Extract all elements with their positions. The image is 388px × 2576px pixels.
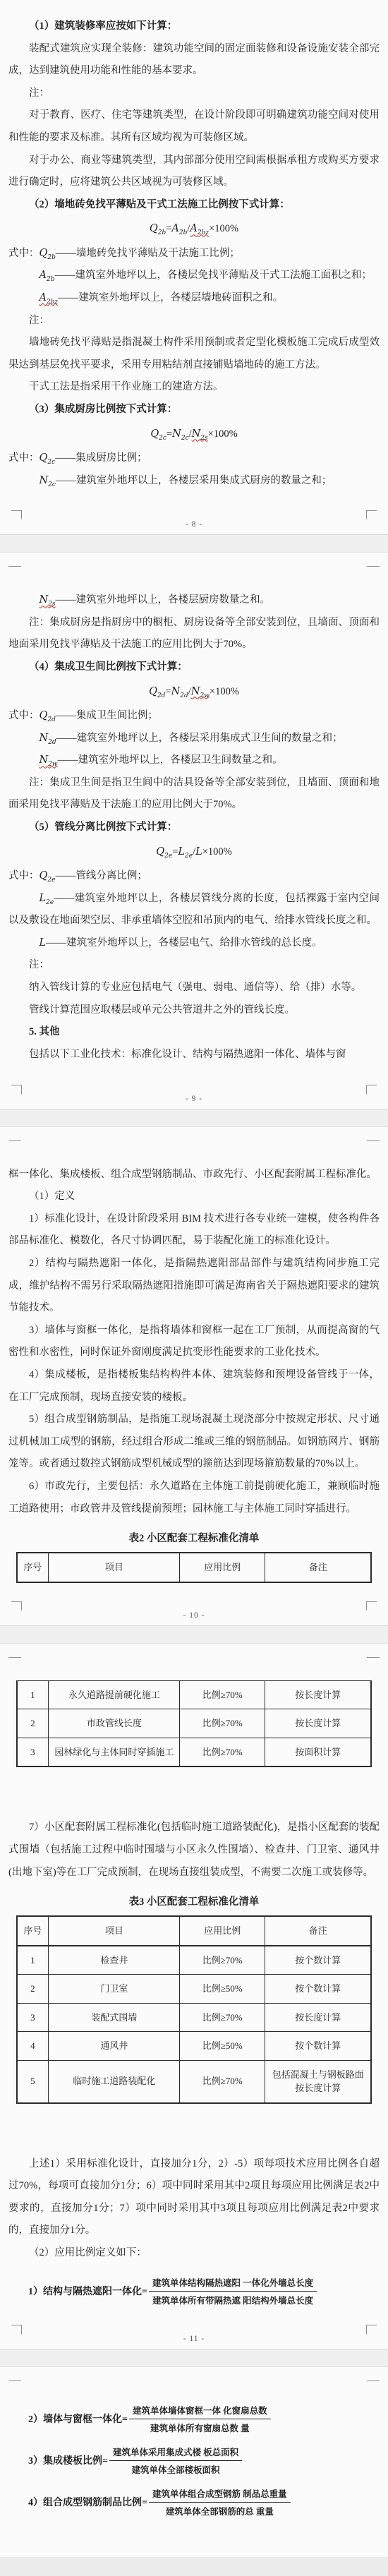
formula-variable: Q2b — [40, 248, 56, 259]
fraction-denominator: 建筑单体全部楼板面积 — [109, 2461, 242, 2476]
variable-letter: Q — [40, 710, 48, 721]
paragraph: 包括以下工业化技术：标准化设计、结构与隔热遮阳一体化、墙体与窗 — [8, 1044, 380, 1066]
page-break: - 10 - — [8, 1604, 380, 1656]
corner-mark — [366, 1085, 377, 1094]
text-run: 对于教育、医疗、住宅等建筑类型，在设计阶段即可明确建筑功能空间对使用和性能的要求… — [8, 109, 380, 143]
table-cell: 2 — [17, 1709, 49, 1738]
paragraph: （2）应用比例定义如下： — [8, 2242, 380, 2265]
fraction: 建筑单体采用集成式楼 板总面积建筑单体全部楼板面积 — [109, 2445, 242, 2476]
table-head: 序号项目应用比例备注 — [17, 1553, 372, 1582]
section-heading: （2）墙地砖免找平薄贴及干式工法施工比例按下式计算： — [8, 194, 380, 217]
paragraph: N2c——建筑室外地坪以上，各楼层采用集成式厨房的数量之和； — [8, 470, 380, 493]
table-cell: 包括混凝土与钢板路面 按长度计算 — [265, 2060, 372, 2103]
text-run: = — [165, 686, 171, 697]
table-cell: 3 — [17, 2003, 49, 2032]
table-row: 4通风井比例≥50%按个数计算 — [17, 2032, 372, 2061]
paragraph: 3）墙体与窗框一体化，是指将墙体和窗框一起在工厂预制，从而提高窗的气密性和水密性… — [8, 1320, 380, 1364]
formula: Q2e=L2e/L×100% — [8, 841, 380, 864]
text-run: 注： — [29, 959, 49, 970]
variable-subscript: 2c — [47, 459, 55, 466]
variable-subscript: 2d — [180, 692, 188, 699]
fraction-denominator: 建筑单体所有带隔热遮 阳结构外墙总长度 — [149, 2292, 317, 2306]
variable-letter: N — [40, 475, 49, 486]
text-run: 式中： — [8, 452, 40, 464]
table-header-cell: 备注 — [265, 1553, 372, 1582]
text-run: ——建筑室外地坪以上，各楼层墙地砖面积之和。 — [58, 292, 283, 303]
text-run: 6）市政先行，主要包括：永久道路在主体施工前提前硬化施工，兼顾临时施工道路使用；… — [8, 1481, 380, 1515]
table-cell: 市政管线长度 — [49, 1709, 180, 1738]
ratio-label: 3）集成楼板比例= — [28, 2453, 108, 2467]
text-run: ×100% — [210, 686, 239, 697]
table-header-cell: 备注 — [265, 1916, 372, 1946]
text-run: 包括以下工业化技术：标准化设计、结构与隔热遮阳一体化、墙体与窗 — [29, 1049, 346, 1060]
document-page: （1）建筑装修率应按如下计算：装配式建筑应实现全装修：建筑功能空间的固定面装修和… — [0, 0, 388, 2557]
variable-letter: N — [191, 686, 200, 697]
fraction-denominator: 建筑单体全部钢筋的总 重量 — [149, 2503, 291, 2517]
table-cell: 按个数计算 — [265, 1975, 372, 2004]
text-run: ×100% — [209, 223, 238, 234]
text-run: ——集成厨房比例； — [55, 452, 147, 464]
edge-mark — [367, 566, 380, 567]
table-cell: 按长度计算 — [265, 2003, 372, 2032]
formula-variable: L2e — [40, 893, 54, 904]
table-row: 2市政管线长度比例≥70%按长度计算 — [17, 1709, 372, 1738]
variable-subscript: 2b — [47, 254, 55, 261]
text-run: 4）集成楼板，是指楼板集结构构件本体、建筑装修和预埋设备管线于一体，在工厂完成预… — [8, 1369, 380, 1403]
variable-letter: L — [40, 893, 47, 904]
text-run: （1）定义 — [29, 1191, 75, 1202]
text-run: 5）组合成型钢筋制品，是指施工现场混凝土现浇部分中按规定形状、尺寸通过机械加工成… — [8, 1414, 380, 1469]
text-run: ——集成卫生间比例； — [56, 710, 158, 721]
formula-variable: Q2e — [40, 870, 56, 881]
table-cell: 比例≥50% — [180, 1975, 265, 2004]
table-cell: 按长度计算 — [265, 1680, 372, 1709]
text-run: ——建筑室外地坪以上，各楼层厨房数量之和。 — [56, 594, 271, 606]
variable-letter: A — [40, 270, 47, 281]
corner-mark — [11, 510, 22, 519]
table-cell: 园林绿化与主体同时穿插施工 — [49, 1738, 180, 1767]
variable-subscript: 2s — [48, 601, 55, 608]
table-cell: 比例≥70% — [180, 2003, 265, 2032]
text-run: 注： — [29, 315, 49, 326]
fraction-numerator: 建筑单体组合成型钢筋 制品总重量 — [149, 2487, 291, 2503]
fraction-numerator: 建筑单体结构隔热遮阳 一体化外墙总长度 — [149, 2276, 317, 2292]
formula-variable: Q2d — [149, 686, 165, 697]
paragraph: 框一体化、集成楼板、组合成型钢筋制品、市政先行、小区配套附属工程标准化。 — [8, 1164, 380, 1186]
corner-mark — [11, 1085, 22, 1094]
section-heading: （3）集成厨房比例按下式计算： — [8, 399, 380, 421]
table-row: 3园林绿化与主体同时穿插施工比例≥70%按面积计算 — [17, 1738, 372, 1767]
formula-variable: A2b — [40, 270, 55, 281]
ratio-definition: 3）集成楼板比例=建筑单体采用集成式楼 板总面积建筑单体全部楼板面积 — [28, 2445, 380, 2476]
table-row: 1检查井比例≥70%按个数计算 — [17, 1946, 372, 1975]
variable-subscript: 2b — [158, 229, 166, 236]
table-cell: 装配式围墙 — [49, 2003, 180, 2032]
paragraph: L2e——建筑室外地坪以上，各楼层管线分离的长度，包括裸露于室内空间以及敷设在地… — [8, 888, 380, 932]
text-run: 注： — [29, 88, 49, 99]
table-cell: 1 — [17, 1680, 49, 1709]
formula-variable: N2d — [40, 733, 56, 744]
text-run: 干式工法是指采用干作业施工的建造方法。 — [29, 381, 224, 392]
variable-subscript: 2bz — [47, 299, 58, 306]
paragraph: 对于办公、商业等建筑类型，其内部部分使用空间需根据承租方或购买方要求进行确定时，… — [8, 150, 380, 194]
standardization-table: 序号项目应用比例备注 — [16, 1552, 372, 1583]
page-number: - 10 - — [8, 1604, 380, 1625]
table-cell: 比例≥70% — [180, 2060, 265, 2103]
text-run: 注：集成厨房是指厨房中的橱柜、厨房设备等全部安装到位，且墙面、顶面和地面采用免找… — [8, 617, 380, 651]
edge-mark — [8, 2381, 21, 2381]
text-run: = — [166, 428, 172, 440]
standardization-table: 1永久道路提前硬化施工比例≥70%按长度计算2市政管线长度比例≥70%按长度计算… — [16, 1680, 372, 1768]
formula: Q2b=A2b/A2bz×100% — [8, 217, 380, 241]
variable-letter: N — [172, 428, 181, 440]
paragraph: 4）集成楼板，是指楼板集结构构件本体、建筑装修和预埋设备管线于一体，在工厂完成预… — [8, 1364, 380, 1409]
variable-subscript: 2c — [181, 435, 189, 442]
paragraph: N2w——建筑室外地坪以上，各楼层卫生间数量之和。 — [8, 750, 380, 772]
text-run: 注：集成卫生间是指卫生间中的洁具设备等全部安装到位，且墙面、顶面和地面采用免找平… — [8, 777, 380, 811]
paragraph: A2b——建筑室外地坪以上，各楼层免找平薄贴及干式工法施工面积之和； — [8, 265, 380, 287]
paragraph: 注：集成厨房是指厨房中的橱柜、厨房设备等全部安装到位，且墙面、顶面和地面采用免找… — [8, 612, 380, 656]
text-run: （2）应用比例定义如下： — [29, 2247, 147, 2258]
table-row: 1永久道路提前硬化施工比例≥70%按长度计算 — [17, 1680, 372, 1709]
formula-variable: Q2e — [156, 846, 172, 857]
formula-variable: L — [195, 846, 202, 857]
variable-letter: Q — [40, 870, 48, 881]
variable-subscript: 2w — [200, 692, 209, 699]
corner-mark — [366, 1601, 377, 1611]
text-run: 管线计算范围应取楼层或单元公共管道井之外的管线长度。 — [29, 1004, 295, 1016]
variable-subscript: 2s — [200, 435, 207, 442]
text-run: ——建筑室外地坪以上，各楼层卫生间数量之和。 — [58, 754, 283, 766]
formula-variable: A2b — [171, 223, 187, 234]
table-cell: 2 — [17, 1975, 49, 2004]
ratio-definition: 4）组合成型钢筋制品比例=建筑单体组合成型钢筋 制品总重量建筑单体全部钢筋的总 … — [28, 2487, 380, 2517]
variable-letter: L — [40, 937, 47, 949]
variable-letter: A — [190, 223, 197, 234]
table-header-row: 序号项目应用比例备注 — [17, 1553, 372, 1582]
table-cell: 门卫室 — [49, 1975, 180, 2004]
variable-subscript: 2e — [164, 853, 172, 860]
variable-subscript: 2d — [157, 692, 165, 699]
paragraph: A2bz——建筑室外地坪以上，各楼层墙地砖面积之和。 — [8, 287, 380, 310]
paragraph: 6）市政先行，主要包括：永久道路在主体施工前提前硬化施工，兼顾临时施工道路使用；… — [8, 1476, 380, 1520]
corner-mark — [11, 2325, 22, 2334]
paragraph: （1）定义 — [8, 1186, 380, 1208]
variable-letter: Q — [40, 452, 48, 464]
ratio-label: 2）墙体与窗框一体化= — [28, 2412, 128, 2426]
table-head: 序号项目应用比例备注 — [17, 1916, 372, 1946]
text-run: 式中： — [8, 710, 40, 721]
page-number: - 9 - — [8, 1088, 380, 1109]
table-cell: 按个数计算 — [265, 2032, 372, 2061]
paragraph: 纳入管线计算的专业应包括电气（强电、弱电、通信等）、给（排）水等。 — [8, 977, 380, 999]
table-cell: 1 — [17, 1946, 49, 1975]
page-gap — [0, 534, 388, 553]
variable-letter: Q — [149, 686, 157, 697]
edge-mark — [8, 1140, 21, 1141]
variable-letter: Q — [40, 248, 48, 259]
corner-mark — [366, 510, 377, 519]
page-gap — [0, 2349, 388, 2367]
paragraph: 1）标准化设计，在设计阶段采用 BIM 技术进行各专业统一建模，使各构件各部品标… — [8, 1208, 380, 1253]
paragraph: 注：集成卫生间是指卫生间中的洁具设备等全部安装到位，且墙面、顶面和地面采用免找平… — [8, 772, 380, 817]
table-header-row: 序号项目应用比例备注 — [17, 1916, 372, 1946]
section-heading: （4）集成卫生间比例按下式计算： — [8, 656, 380, 679]
table-cell: 按长度计算 — [265, 1709, 372, 1738]
corner-mark — [366, 2325, 377, 2334]
formula: Q2c=N2c/N2s×100% — [8, 423, 380, 446]
variable-subscript: 2bz — [198, 229, 209, 236]
formula-variable: L2e — [178, 846, 193, 857]
text-run: 装配式建筑应实现全装修：建筑功能空间的固定面装修和设备设施安装全部完成，达到建筑… — [8, 43, 380, 77]
table-cell: 比例≥70% — [180, 1709, 265, 1738]
formula-variable: N2w — [40, 754, 58, 766]
text-run: 纳入管线计算的专业应包括电气（强电、弱电、通信等）、给（排）水等。 — [29, 982, 361, 993]
edge-mark — [8, 1657, 21, 1658]
page-number: - 11 - — [8, 2328, 380, 2349]
ratio-label: 1）结构与隔热遮阳一体化= — [28, 2284, 147, 2298]
text-run: ——建筑室外地坪以上，各楼层管线分离的长度，包括裸露于室内空间以及敷设在地面架空… — [8, 893, 380, 927]
edge-mark — [367, 1140, 380, 1141]
variable-letter: N — [171, 686, 181, 697]
variable-letter: N — [192, 428, 201, 440]
paragraph: 5）组合成型钢筋制品，是指施工现场混凝土现浇部分中按规定形状、尺寸通过机械加工成… — [8, 1409, 380, 1476]
fraction: 建筑单体墙体窗框一体 化窗扇总数建筑单体所有窗扇总数 量 — [129, 2404, 271, 2434]
table-cell: 按面积计算 — [265, 1738, 372, 1767]
text-run: 对于办公、商业等建筑类型，其内部部分使用空间需根据承租方或购买方要求进行确定时，… — [8, 155, 380, 188]
fraction-numerator: 建筑单体墙体窗框一体 化窗扇总数 — [129, 2404, 271, 2419]
paragraph: 对于教育、医疗、住宅等建筑类型，在设计阶段即可明确建筑功能空间对使用和性能的要求… — [8, 104, 380, 149]
edge-mark — [8, 566, 21, 567]
variable-subscript: 2b — [47, 276, 54, 283]
paragraph: 墙地砖免找平薄贴是指混凝土构件采用预制或者定型化模板施工完成后成型效果达到基层免… — [8, 332, 380, 376]
formula-variable: A2bz — [190, 223, 209, 234]
variable-letter: Q — [150, 223, 158, 234]
text-run: 7）小区配套附属工程标准化(包括临时施工道路装配化)，是指小区配套的装配式围墙（… — [8, 1822, 380, 1877]
formula-variable: Q2b — [150, 223, 166, 234]
table-header-cell: 序号 — [17, 1916, 49, 1946]
text-run: 式中： — [8, 870, 40, 881]
section-heading: 5. 其他 — [8, 1021, 380, 1044]
paragraph: L——建筑室外地坪以上，各楼层电气、给排水管线的总长度。 — [8, 932, 380, 955]
variable-subscript: 2w — [48, 761, 57, 768]
variable-letter: A — [171, 223, 178, 234]
variable-letter: L — [178, 846, 185, 857]
text-run: 3）墙体与窗框一体化，是指将墙体和窗框一起在工厂预制，从而提高窗的气密性和水密性… — [8, 1325, 380, 1359]
paragraph: N2d——建筑室外地坪以上，各楼层采用集成式卫生间的数量之和； — [8, 728, 380, 750]
fraction-denominator: 建筑单体所有窗扇总数 量 — [129, 2419, 271, 2434]
page-gap — [0, 1625, 388, 1644]
variable-subscript: 2b — [179, 229, 187, 236]
table-cell: 永久道路提前硬化施工 — [49, 1680, 180, 1709]
text-run: ×100% — [202, 846, 232, 857]
variable-subscript: 2c — [48, 481, 56, 488]
formula: Q2d=N2d/N2w×100% — [8, 680, 380, 704]
text-run: 墙地砖免找平薄贴是指混凝土构件采用预制或者定型化模板施工完成后成型效果达到基层免… — [8, 337, 380, 371]
table-cell: 比例≥70% — [180, 1738, 265, 1767]
paragraph: 2）结构与隔热遮阳一体化，是指隔热遮阳部品部件与建筑结构同步施工完成，维护结构不… — [8, 1253, 380, 1320]
table-cell: 比例≥70% — [180, 1946, 265, 1975]
text-run: ——建筑室外地坪以上，各楼层采用集成式卫生间的数量之和； — [56, 733, 343, 744]
text-run: 上述1）采用标准化设计，直接加分1分，2）-5）项每项技术应用比例各自超过70%… — [8, 2158, 380, 2237]
paragraph: 装配式建筑应实现全装修：建筑功能空间的固定面装修和设备设施安装全部完成，达到建筑… — [8, 38, 380, 83]
table-row: 5临时施工道路装配化比例≥70%包括混凝土与钢板路面 按长度计算 — [17, 2060, 372, 2103]
page-break: - 9 - — [8, 1088, 380, 1140]
fraction: 建筑单体结构隔热遮阳 一体化外墙总长度建筑单体所有带隔热遮 阳结构外墙总长度 — [149, 2276, 317, 2306]
text-run: ——建筑室外地坪以上，各楼层电气、给排水管线的总长度。 — [46, 937, 322, 949]
page-break: - 8 - — [8, 513, 380, 565]
text-run: 2）结构与隔热遮阳一体化，是指隔热遮阳部品部件与建筑结构同步施工完成，维护结构不… — [8, 1258, 380, 1313]
paragraph: N2s——建筑室外地坪以上，各楼层厨房数量之和。 — [8, 589, 380, 612]
paragraph: 注： — [8, 954, 380, 977]
text-run: 1）标准化设计，在设计阶段采用 BIM 技术进行各专业统一建模，使各构件各部品标… — [8, 1213, 380, 1247]
formula-variable: Q2c — [40, 452, 56, 464]
paragraph: 管线计算范围应取楼层或单元公共管道井之外的管线长度。 — [8, 999, 380, 1022]
text-run: ——墙地砖免找平薄贴及干法施工比例； — [56, 248, 240, 259]
table-row: 2门卫室比例≥50%按个数计算 — [17, 1975, 372, 2004]
table-header-cell: 项目 — [49, 1916, 180, 1946]
formula-variable: N2s — [192, 428, 208, 440]
edge-mark — [367, 1657, 380, 1658]
table-cell: 比例≥50% — [180, 2032, 265, 2061]
formula-variable: N2d — [171, 686, 188, 697]
table-header-cell: 项目 — [49, 1553, 180, 1582]
corner-mark — [11, 1601, 22, 1611]
table-cell: 5 — [17, 2060, 49, 2103]
table-cell: 比例≥70% — [180, 1680, 265, 1709]
variable-subscript: 2d — [47, 716, 55, 723]
formula-variable: L — [40, 937, 47, 949]
variable-letter: Q — [156, 846, 164, 857]
variable-letter: N — [40, 754, 49, 766]
variable-subscript: 2d — [48, 739, 56, 746]
table-title: 表3 小区配套工程标准化清单 — [8, 1894, 380, 1908]
ratio-definition: 1）结构与隔热遮阳一体化=建筑单体结构隔热遮阳 一体化外墙总长度建筑单体所有带隔… — [28, 2276, 380, 2306]
paragraph: 7）小区配套附属工程标准化(包括临时施工道路装配化)，是指小区配套的装配式围墙（… — [8, 1817, 380, 1884]
paragraph: 式中：Q2c——集成厨房比例； — [8, 447, 380, 470]
variable-letter: Q — [150, 428, 159, 440]
paragraph: 上述1）采用标准化设计，直接加分1分，2）-5）项每项技术应用比例各自超过70%… — [8, 2153, 380, 2242]
text-run: 式中： — [8, 248, 40, 259]
fraction-numerator: 建筑单体采用集成式楼 板总面积 — [109, 2445, 242, 2461]
paragraph: 式中：Q2e——管线分离比例； — [8, 865, 380, 888]
table-cell: 临时施工道路装配化 — [49, 2060, 180, 2103]
edge-mark — [367, 2381, 380, 2381]
paragraph: 式中：Q2b——墙地砖免找平薄贴及干法施工比例； — [8, 243, 380, 265]
text-run: ——建筑室外地坪以上，各楼层免找平薄贴及干式工法施工面积之和； — [54, 270, 372, 281]
table-cell: 3 — [17, 1738, 49, 1767]
table-header-cell: 应用比例 — [180, 1553, 265, 1582]
table-cell: 检查井 — [49, 1946, 180, 1975]
section-heading: （1）建筑装修率应按如下计算： — [8, 16, 380, 38]
ratio-label: 4）组合成型钢筋制品比例= — [28, 2495, 147, 2509]
page-break: - 11 - — [8, 2328, 380, 2380]
variable-subscript: 2e — [185, 853, 193, 860]
fraction: 建筑单体组合成型钢筋 制品总重量建筑单体全部钢筋的总 重量 — [149, 2487, 291, 2517]
text-run: ×100% — [208, 428, 238, 440]
table-header-cell: 序号 — [17, 1553, 49, 1582]
formula-variable: N2c — [172, 428, 188, 440]
variable-letter: L — [195, 846, 202, 857]
text-run: ——管线分离比例； — [55, 870, 147, 881]
text-run: ——建筑室外地坪以上，各楼层采用集成式厨房的数量之和； — [56, 475, 332, 486]
table-cell: 通风井 — [49, 2032, 180, 2061]
ratio-definition: 2）墙体与窗框一体化=建筑单体墙体窗框一体 化窗扇总数建筑单体所有窗扇总数 量 — [28, 2404, 380, 2434]
table-body: 1永久道路提前硬化施工比例≥70%按长度计算2市政管线长度比例≥70%按长度计算… — [17, 1680, 372, 1767]
table-cell: 4 — [17, 2032, 49, 2061]
table-title: 表2 小区配套工程标准化清单 — [8, 1530, 380, 1545]
variable-letter: A — [40, 292, 47, 303]
table-body: 1检查井比例≥70%按个数计算2门卫室比例≥50%按个数计算3装配式围墙比例≥7… — [17, 1946, 372, 2103]
formula-variable: Q2c — [150, 428, 166, 440]
table-cell: 按个数计算 — [265, 1946, 372, 1975]
formula-variable: Q2d — [40, 710, 56, 721]
standardization-table: 序号项目应用比例备注1检查井比例≥70%按个数计算2门卫室比例≥50%按个数计算… — [16, 1915, 372, 2104]
variable-letter: N — [40, 594, 49, 606]
formula-variable: N2s — [40, 594, 56, 606]
variable-letter: N — [40, 733, 49, 744]
paragraph: 干式工法是指采用干作业施工的建造方法。 — [8, 376, 380, 399]
paragraph: 式中：Q2d——集成卫生间比例； — [8, 705, 380, 728]
formula-variable: N2w — [191, 686, 210, 697]
page-number: - 8 - — [8, 513, 380, 534]
variable-subscript: 2c — [159, 435, 166, 442]
formula-variable: N2c — [40, 475, 56, 486]
table-header-cell: 应用比例 — [180, 1916, 265, 1946]
paragraph: 注： — [8, 83, 380, 105]
table-row: 3装配式围墙比例≥70%按长度计算 — [17, 2003, 372, 2032]
section-heading: （5）管线分离比例按下式计算： — [8, 817, 380, 839]
text-run: 框一体化、集成楼板、组合成型钢筋制品、市政先行、小区配套附属工程标准化。 — [8, 1169, 377, 1180]
page-gap — [0, 1109, 388, 1127]
formula-variable: A2bz — [40, 292, 59, 303]
paragraph: 注： — [8, 310, 380, 332]
variable-subscript: 2e — [47, 877, 55, 884]
variable-subscript: 2e — [46, 899, 54, 906]
